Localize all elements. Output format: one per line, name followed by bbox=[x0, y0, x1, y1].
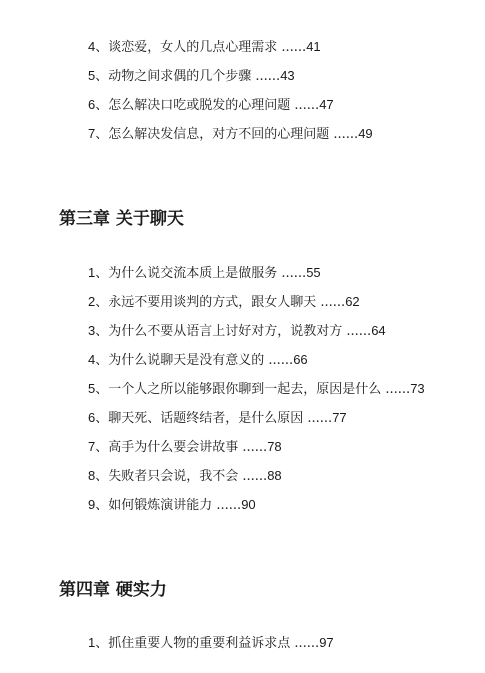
toc-entry[interactable]: 7、高手为什么要会讲故事 ......78 bbox=[88, 439, 282, 456]
entry-page: 88 bbox=[267, 468, 281, 483]
entry-leader: ...... bbox=[277, 40, 306, 55]
entry-page: 49 bbox=[358, 126, 372, 141]
toc-entry[interactable]: 6、聊天死、话题终结者，是什么原因 ......77 bbox=[88, 410, 347, 427]
entry-separator: 、 bbox=[95, 98, 108, 113]
chapter-heading: 第四章 硬实力 bbox=[59, 580, 167, 600]
entry-leader: ...... bbox=[251, 69, 280, 84]
entry-separator: 、 bbox=[95, 411, 108, 426]
entry-separator: 、 bbox=[95, 295, 108, 310]
entry-title: 永远不要用谈判的方式，跟女人聊天 bbox=[108, 295, 316, 310]
entry-separator: 、 bbox=[95, 266, 108, 281]
entry-page: 43 bbox=[280, 68, 294, 83]
entry-leader: ...... bbox=[277, 266, 306, 281]
entry-separator: 、 bbox=[95, 40, 108, 55]
entry-title: 为什么说交流本质上是做服务 bbox=[108, 266, 277, 281]
entry-title: 聊天死、话题终结者，是什么原因 bbox=[108, 411, 303, 426]
entry-leader: ...... bbox=[381, 382, 410, 397]
entry-page: 62 bbox=[345, 294, 359, 309]
entry-leader: ...... bbox=[212, 498, 241, 513]
toc-entry[interactable]: 8、失败者只会说，我不会 ......88 bbox=[88, 468, 282, 485]
entry-page: 90 bbox=[241, 497, 255, 512]
entry-separator: 、 bbox=[95, 353, 108, 368]
toc-entry[interactable]: 4、为什么说聊天是没有意义的 ......66 bbox=[88, 352, 308, 369]
entry-page: 47 bbox=[319, 97, 333, 112]
toc-entry[interactable]: 5、动物之间求偶的几个步骤 ......43 bbox=[88, 68, 295, 85]
entry-page: 55 bbox=[306, 265, 320, 280]
entry-title: 怎么解决口吃或脱发的心理问题 bbox=[108, 98, 290, 113]
entry-title: 如何锻炼演讲能力 bbox=[108, 498, 212, 513]
entry-title: 失败者只会说，我不会 bbox=[108, 469, 238, 484]
chapter-heading: 第三章 关于聊天 bbox=[59, 209, 184, 229]
entry-page: 77 bbox=[332, 410, 346, 425]
toc-entry[interactable]: 9、如何锻炼演讲能力 ......90 bbox=[88, 497, 256, 514]
entry-leader: ...... bbox=[264, 353, 293, 368]
entry-leader: ...... bbox=[342, 324, 371, 339]
entry-separator: 、 bbox=[95, 636, 108, 651]
entry-leader: ...... bbox=[316, 295, 345, 310]
entry-page: 66 bbox=[293, 352, 307, 367]
entry-title: 为什么说聊天是没有意义的 bbox=[108, 353, 264, 368]
entry-separator: 、 bbox=[95, 498, 108, 513]
entry-title: 一个人之所以能够跟你聊到一起去，原因是什么 bbox=[108, 382, 381, 397]
entry-title: 为什么不要从语言上讨好对方，说教对方 bbox=[108, 324, 342, 339]
toc-entry[interactable]: 3、为什么不要从语言上讨好对方，说教对方 ......64 bbox=[88, 323, 386, 340]
entry-leader: ...... bbox=[303, 411, 332, 426]
entry-page: 41 bbox=[306, 39, 320, 54]
entry-separator: 、 bbox=[95, 69, 108, 84]
entry-title: 高手为什么要会讲故事 bbox=[108, 440, 238, 455]
entry-leader: ...... bbox=[290, 636, 319, 651]
toc-entry[interactable]: 1、抓住重要人物的重要利益诉求点 ......97 bbox=[88, 635, 334, 652]
entry-leader: ...... bbox=[238, 469, 267, 484]
entry-separator: 、 bbox=[95, 324, 108, 339]
entry-separator: 、 bbox=[95, 127, 108, 142]
toc-entry[interactable]: 7、怎么解决发信息，对方不回的心理问题 ......49 bbox=[88, 126, 373, 143]
entry-title: 怎么解决发信息，对方不回的心理问题 bbox=[108, 127, 329, 142]
entry-separator: 、 bbox=[95, 382, 108, 397]
entry-title: 谈恋爱，女人的几点心理需求 bbox=[108, 40, 277, 55]
toc-entry[interactable]: 1、为什么说交流本质上是做服务 ......55 bbox=[88, 265, 321, 282]
toc-entry[interactable]: 6、怎么解决口吃或脱发的心理问题 ......47 bbox=[88, 97, 334, 114]
entry-title: 抓住重要人物的重要利益诉求点 bbox=[108, 636, 290, 651]
entry-leader: ...... bbox=[329, 127, 358, 142]
entry-leader: ...... bbox=[290, 98, 319, 113]
entry-page: 64 bbox=[371, 323, 385, 338]
toc-entry[interactable]: 2、永远不要用谈判的方式，跟女人聊天 ......62 bbox=[88, 294, 360, 311]
toc-entry[interactable]: 5、一个人之所以能够跟你聊到一起去，原因是什么 ......73 bbox=[88, 381, 425, 398]
entry-title: 动物之间求偶的几个步骤 bbox=[108, 69, 251, 84]
entry-separator: 、 bbox=[95, 469, 108, 484]
entry-page: 73 bbox=[410, 381, 424, 396]
entry-separator: 、 bbox=[95, 440, 108, 455]
entry-page: 78 bbox=[267, 439, 281, 454]
toc-entry[interactable]: 4、谈恋爱，女人的几点心理需求 ......41 bbox=[88, 39, 321, 56]
entry-page: 97 bbox=[319, 635, 333, 650]
entry-leader: ...... bbox=[238, 440, 267, 455]
